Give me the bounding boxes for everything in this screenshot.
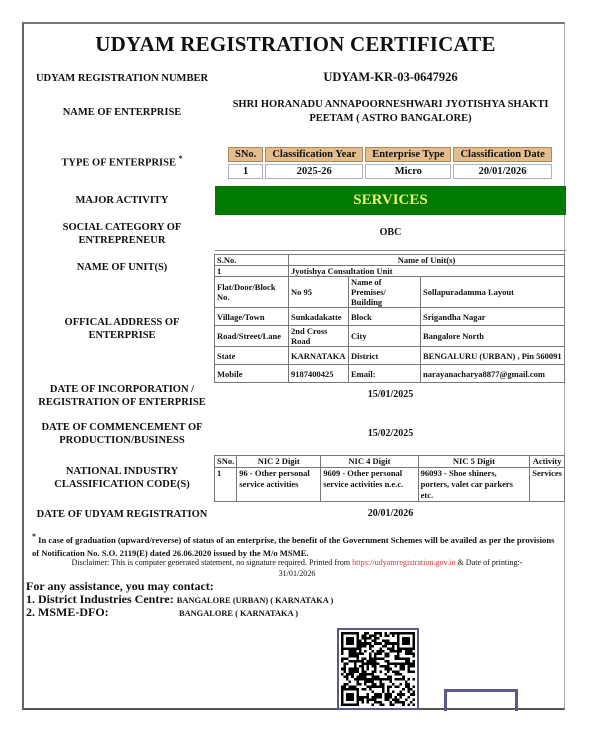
enterprise-type-label: TYPE OF ENTERPRISE * [24, 152, 220, 170]
incorporation-date: 15/01/2025 [215, 389, 566, 400]
address-cell: Mobile [215, 365, 289, 383]
asterisk-marker: * [32, 532, 36, 541]
address-cell: Block [349, 308, 421, 326]
address-cell: Sollapuradamma Layout [421, 277, 565, 308]
table-cell: 96 - Other personal service activities [237, 468, 321, 502]
dic-label: 1. District Industries Centre: [26, 592, 174, 606]
enterprise-name-line2: PEETAM ( ASTRO BANGALORE) [215, 112, 566, 126]
table-cell: 1 [228, 164, 263, 179]
contact-msme-dfo: 2. MSME-DFO: BANGALORE ( KARNATAKA ) [26, 606, 298, 620]
address-cell: Srigandha Nagar [421, 308, 565, 326]
print-date: 31/01/2026 [32, 568, 562, 579]
stamp-frame [444, 689, 518, 711]
udyam-portal-link[interactable]: https://udyamregistration.gov.in [352, 558, 455, 567]
registration-number-value: UDYAM-KR-03-0647926 [215, 70, 566, 85]
address-label-line2: ENTERPRISE [24, 329, 220, 342]
enterprise-name-line1: SHRI HORANADU ANNAPOORNESHWARI JYOTISHYA… [215, 98, 566, 112]
classification-table: SNo.Classification YearEnterprise TypeCl… [226, 145, 554, 181]
column-header: SNo. [215, 456, 237, 468]
qr-code-icon [337, 628, 419, 710]
table-row: S.No.Name of Unit(s) [215, 255, 565, 266]
address-row: Road/Street/Lane2nd Cross RoadCityBangal… [215, 326, 565, 347]
column-header: Classification Year [265, 147, 363, 162]
unit-name-label: NAME OF UNIT(S) [24, 261, 220, 274]
disclaimer-suffix: & Date of printing:- [455, 558, 522, 567]
nic-label-line2: CLASSIFICATION CODE(S) [24, 478, 220, 491]
certificate-title: UDYAM REGISTRATION CERTIFICATE [0, 32, 591, 57]
column-header: Activity [530, 456, 565, 468]
column-header: NIC 2 Digit [237, 456, 321, 468]
incorporation-label-line2: REGISTRATION OF ENTERPRISE [24, 396, 220, 409]
udyam-date-value: 20/01/2026 [215, 508, 566, 519]
address-row: StateKARNATAKADistrictBENGALURU (URBAN) … [215, 347, 565, 365]
nic-label-line1: NATIONAL INDUSTRY [24, 465, 220, 478]
nic-label: NATIONAL INDUSTRY CLASSIFICATION CODE(S) [24, 465, 220, 491]
social-category-label: SOCIAL CATEGORY OF ENTREPRENEUR [24, 221, 220, 247]
table-cell: 20/01/2026 [453, 164, 551, 179]
address-cell: No 95 [289, 277, 349, 308]
address-cell: BENGALURU (URBAN) , Pin 560091 [421, 347, 565, 365]
incorporation-label-line1: DATE OF INCORPORATION / [24, 383, 220, 396]
address-cell: narayanacharya8877@gmail.com [421, 365, 565, 383]
major-activity-label: MAJOR ACTIVITY [24, 194, 220, 207]
unit-name: Jyotishya Consultation Unit [289, 266, 565, 277]
address-cell: Road/Street/Lane [215, 326, 289, 347]
address-cell: Name of Premises/ Building [349, 277, 421, 308]
major-activity-banner: SERVICES [215, 186, 566, 215]
address-cell: 2nd Cross Road [289, 326, 349, 347]
contact-heading: For any assistance, you may contact: [26, 580, 214, 592]
commencement-label-line2: PRODUCTION/BUSINESS [24, 434, 220, 447]
column-header: Enterprise Type [365, 147, 451, 162]
address-cell: City [349, 326, 421, 347]
table-cell: 9609 - Other personal service activities… [321, 468, 418, 502]
table-cell: Micro [365, 164, 451, 179]
nic-table: SNo.NIC 2 DigitNIC 4 DigitNIC 5 DigitAct… [214, 455, 565, 502]
msme-dfo-value: BANGALORE ( KARNATAKA ) [179, 609, 298, 618]
disclaimer-text: Disclaimer: This is computer generated s… [72, 558, 353, 567]
address-row: Village/TownSunkadakatteBlockSrigandha N… [215, 308, 565, 326]
table-cell: Services [530, 468, 565, 502]
commencement-date: 15/02/2025 [215, 428, 566, 439]
table-row: 12025-26Micro20/01/2026 [228, 164, 552, 179]
column-header: SNo. [228, 147, 263, 162]
commencement-label-line1: DATE OF COMMENCEMENT OF [24, 421, 220, 434]
msme-dfo-label: 2. MSME-DFO: [26, 606, 176, 618]
graduation-note: * In case of graduation (upward/reverse)… [32, 530, 562, 560]
table-cell: 1 [215, 266, 289, 277]
address-label-line1: OFFICAL ADDRESS OF [24, 316, 220, 329]
address-cell: KARNATAKA [289, 347, 349, 365]
unit-address-table: S.No.Name of Unit(s)1Jyotishya Consultat… [214, 254, 565, 383]
disclaimer: Disclaimer: This is computer generated s… [32, 557, 562, 579]
table-cell: 2025-26 [265, 164, 363, 179]
column-header: NIC 5 Digit [418, 456, 530, 468]
column-header: Classification Date [453, 147, 551, 162]
address-row: Mobile9187400425Email:narayanacharya8877… [215, 365, 565, 383]
address-cell: Village/Town [215, 308, 289, 326]
udyam-date-label: DATE OF UDYAM REGISTRATION [24, 508, 220, 521]
divider [215, 250, 566, 251]
social-category-value: OBC [215, 227, 566, 238]
asterisk-marker: * [179, 154, 183, 163]
address-cell: Email: [349, 365, 421, 383]
column-header: S.No. [215, 255, 289, 266]
incorporation-label: DATE OF INCORPORATION / REGISTRATION OF … [24, 383, 220, 409]
enterprise-name-value: SHRI HORANADU ANNAPOORNESHWARI JYOTISHYA… [215, 98, 566, 126]
commencement-label: DATE OF COMMENCEMENT OF PRODUCTION/BUSIN… [24, 421, 220, 447]
address-cell: District [349, 347, 421, 365]
address-cell: Flat/Door/Block No. [215, 277, 289, 308]
column-header: Name of Unit(s) [289, 255, 565, 266]
address-cell: Sunkadakatte [289, 308, 349, 326]
registration-number-label: UDYAM REGISTRATION NUMBER [24, 72, 220, 85]
note-text: In case of graduation (upward/reverse) o… [32, 535, 554, 558]
address-label: OFFICAL ADDRESS OF ENTERPRISE [24, 316, 220, 342]
table-row: 196 - Other personal service activities9… [215, 468, 565, 502]
table-cell: 96093 - Shoe shiners, porters, valet car… [418, 468, 530, 502]
column-header: NIC 4 Digit [321, 456, 418, 468]
address-cell: State [215, 347, 289, 365]
social-category-label-line1: SOCIAL CATEGORY OF [24, 221, 220, 234]
dic-value: BANGALORE (URBAN) ( KARNATAKA ) [177, 596, 333, 605]
address-cell: 9187400425 [289, 365, 349, 383]
social-category-label-line2: ENTREPRENEUR [24, 234, 220, 247]
address-cell: Bangalore North [421, 326, 565, 347]
table-row: 1Jyotishya Consultation Unit [215, 266, 565, 277]
address-row: Flat/Door/Block No.No 95Name of Premises… [215, 277, 565, 308]
enterprise-name-label: NAME OF ENTERPRISE [24, 106, 220, 119]
enterprise-type-label-text: TYPE OF ENTERPRISE [61, 158, 176, 169]
table-cell: 1 [215, 468, 237, 502]
